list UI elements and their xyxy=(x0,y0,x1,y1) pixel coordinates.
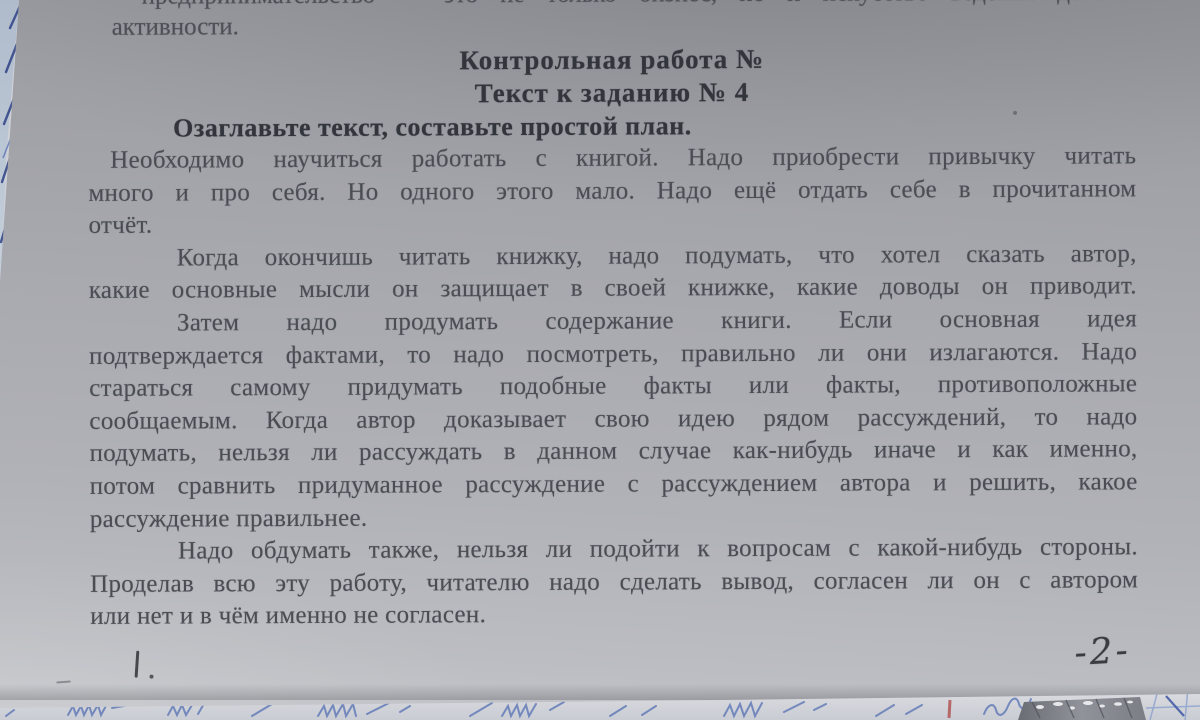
printed-test-sheet: предпринимательство — это не только бизн… xyxy=(0,0,1200,710)
page-number: -2- xyxy=(1073,630,1131,674)
paragraph: Необходимо научиться работать с книгой. … xyxy=(88,140,1136,242)
text-line: Проделав всю эту работу, читателю надо с… xyxy=(90,564,1138,601)
text-line: подумать, нельзя ли рассуждать в данном … xyxy=(89,434,1137,471)
previous-text-line-end: активности. xyxy=(112,10,239,44)
text-line: подтверждается фактами, то надо посмотре… xyxy=(89,336,1137,373)
text-line: много и про себя. Но одного этого мало. … xyxy=(88,173,1136,210)
paragraph: Надо обдумать также, нельзя ли подойти к… xyxy=(90,531,1138,633)
document-title: Контрольная работа № xyxy=(88,41,1136,79)
text-line: потом сравнить придуманное рассуждение с… xyxy=(90,466,1138,503)
photo-of-printed-test-sheet: предпринимательство — это не только бизн… xyxy=(0,0,1200,720)
task-instruction: Озаглавьте текст, составьте простой план… xyxy=(88,107,1136,145)
document-body: Необходимо научиться работать с книгой. … xyxy=(88,140,1138,633)
document-text-column: Контрольная работа № Текст к заданию № 4… xyxy=(88,41,1139,633)
text-line: отчёт. xyxy=(88,205,1136,242)
text-line: Надо обдумать также, нельзя ли подойти к… xyxy=(90,531,1138,568)
text-line: стараться самому придумать подобные факт… xyxy=(89,368,1137,405)
pen-mark-dot xyxy=(150,675,154,679)
paragraph: Когда окончишь читать книжку, надо подум… xyxy=(89,238,1137,308)
text-line: или нет и в чём именно не согласен. xyxy=(90,597,1138,634)
text-line: Необходимо научиться работать с книгой. … xyxy=(88,140,1136,177)
pen-mark xyxy=(135,651,140,678)
text-line: сообщаемым. Когда автор доказывает свою … xyxy=(89,401,1137,438)
foil-object xyxy=(1018,697,1146,720)
text-line: какие основные мысли он защищает в своей… xyxy=(89,271,1137,308)
cropped-previous-text-line: предпринимательство — это не только бизн… xyxy=(141,0,1143,13)
sheet-content: предпринимательство — это не только бизн… xyxy=(0,0,1200,710)
text-line: рассуждение правильнее. xyxy=(90,499,1138,536)
red-pen-mark xyxy=(949,700,950,718)
paper-speck xyxy=(1013,111,1017,115)
document-subtitle: Текст к заданию № 4 xyxy=(88,74,1136,112)
text-line: Когда окончишь читать книжку, надо подум… xyxy=(89,238,1137,275)
text-line: Затем надо продумать содержание книги. Е… xyxy=(89,303,1137,340)
paragraph: Затем надо продумать содержание книги. Е… xyxy=(89,303,1138,536)
